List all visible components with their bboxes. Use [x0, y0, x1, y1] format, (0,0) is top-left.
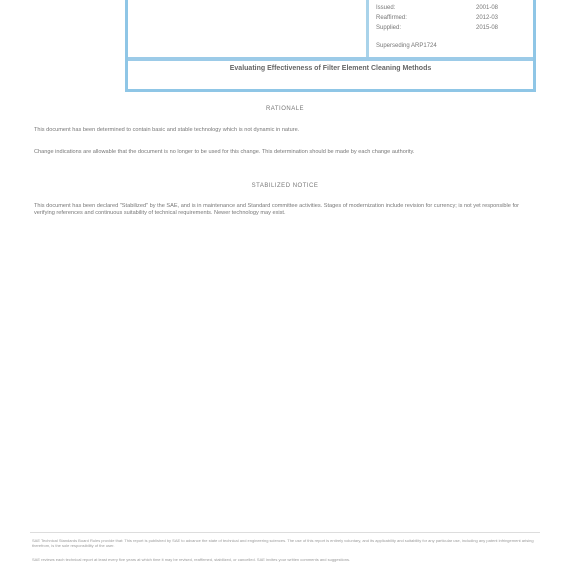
notice-paragraph: This document has been declared "Stabili…	[34, 203, 539, 217]
date-label: Reaffirmed:	[376, 13, 436, 23]
footer-line-2: SAE reviews each technical report at lea…	[32, 557, 540, 562]
superseding-text: Superseding ARP1724	[376, 43, 526, 49]
footer-rule	[30, 532, 540, 533]
date-row-issued: Issued: 2001-08	[376, 3, 526, 13]
date-label: Issued:	[376, 3, 436, 13]
date-row-supplied: Supplied: 2015-08	[376, 23, 526, 33]
date-value: 2001-08	[476, 3, 526, 13]
rationale-paragraph-1: This document has been determined to con…	[34, 127, 539, 134]
document-cover-box: Issued: 2001-08 Reaffirmed: 2012-03 Supp…	[125, 0, 536, 92]
dates-table: Issued: 2001-08 Reaffirmed: 2012-03 Supp…	[376, 3, 526, 49]
rationale-heading: RATIONALE	[0, 106, 570, 112]
date-label: Supplied:	[376, 23, 436, 33]
cover-divider	[366, 0, 369, 57]
date-row-reaffirmed: Reaffirmed: 2012-03	[376, 13, 526, 23]
footer-line-1: SAE Technical Standards Board Rules prov…	[32, 538, 540, 548]
rationale-paragraph-2: Change indications are allowable that th…	[34, 149, 539, 156]
date-value: 2015-08	[476, 23, 526, 33]
cover-header: Issued: 2001-08 Reaffirmed: 2012-03 Supp…	[128, 0, 533, 61]
notice-heading: STABILIZED NOTICE	[0, 183, 570, 189]
document-title: Evaluating Effectiveness of Filter Eleme…	[128, 65, 533, 72]
date-value: 2012-03	[476, 13, 526, 23]
